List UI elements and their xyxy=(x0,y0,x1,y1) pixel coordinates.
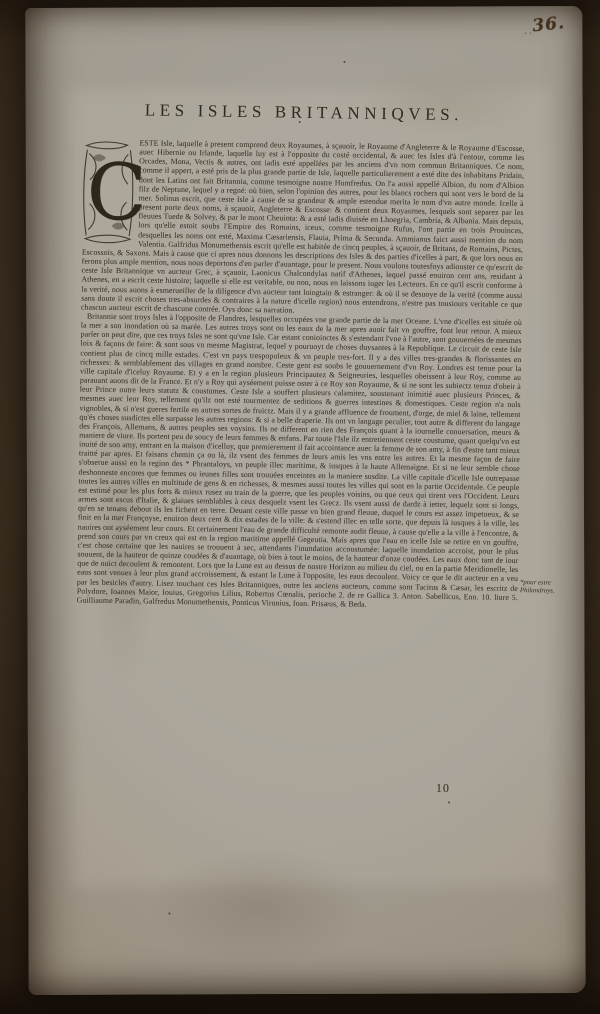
paragraph-1: ESTE Isle, laquelle à present comprend d… xyxy=(81,138,525,318)
page-content: ·· 36. LES ISLES BRITANNIQVES. xyxy=(13,7,585,1002)
handwritten-folio-number: 36. xyxy=(531,9,600,36)
page-number: 10 xyxy=(436,781,450,796)
drop-cap-initial: C xyxy=(82,140,135,246)
drop-cap-letter: C xyxy=(86,148,147,239)
margin-note: *pour estre Philandroys. xyxy=(520,579,568,596)
book-page: ·· 36. LES ISLES BRITANNIQVES. xyxy=(25,6,585,995)
page-title: LES ISLES BRITANNIQVES. xyxy=(84,100,524,127)
text-block: C ESTE Isle, laquelle à present comprend… xyxy=(77,138,525,611)
photo-background: ·· 36. LES ISLES BRITANNIQVES. xyxy=(0,0,600,1014)
paragraph-2: Britannie sont troys Isles à l'opposite … xyxy=(77,312,522,612)
